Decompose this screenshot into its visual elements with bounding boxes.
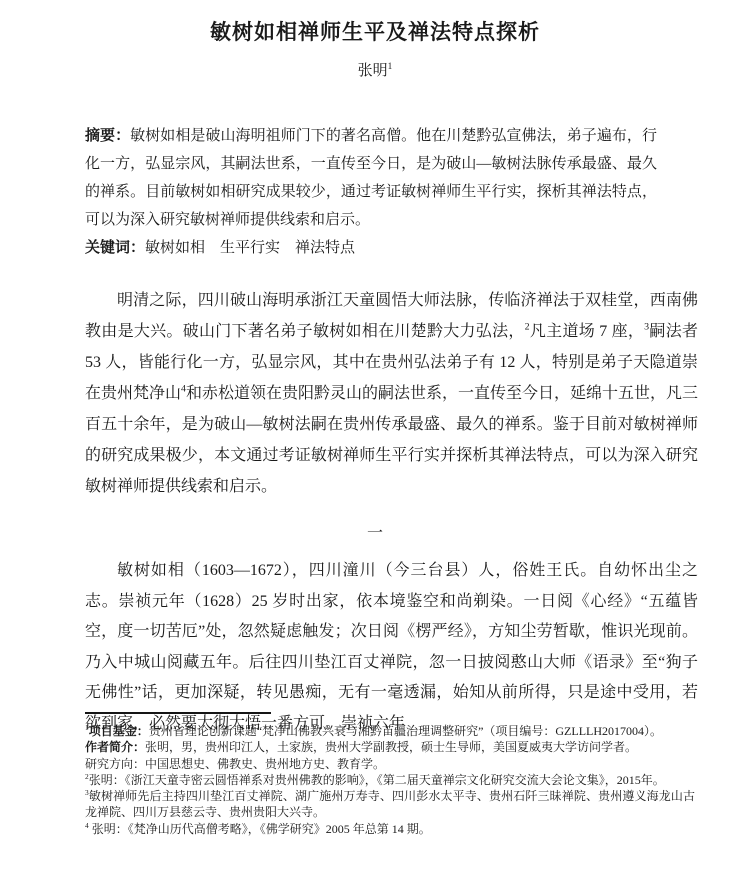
keywords-line: 关键词：敏树如相 生平行实 禅法特点 — [85, 234, 657, 262]
paper-header: 敏树如相禅师生平及禅法特点探析 张明1 — [0, 0, 750, 80]
paper-title: 敏树如相禅师生平及禅法特点探析 — [0, 16, 750, 46]
footnote-item: 作者简介：张明，男，贵州印江人，土家族，贵州大学副教授，硕士生导师，美国夏威夷大… — [85, 739, 695, 755]
section-heading-1: 一 — [0, 518, 750, 549]
abstract-block: 摘要：敏树如相是破山海明祖师门下的著名高僧。他在川楚黔弘宣佛法，弟子遍布，行化一… — [85, 122, 698, 262]
keywords-label: 关键词： — [85, 240, 145, 256]
footnote-item: 4 张明：《梵净山历代高僧考略》，《佛学研究》2005 年总第 14 期。 — [85, 821, 695, 837]
footnote-item: 3敏树禅师先后主持四川垫江百丈禅院、湖广施州万寿寺、四川彭水太平寺、贵州石阡三昧… — [85, 788, 695, 821]
footnotes-block: 1项目基金：贵州省理论创新课题“梵净山佛教兴衰与湘黔苗疆治理调整研究”（项目编号… — [85, 712, 695, 837]
paragraph-1: 明清之际，四川破山海明承浙江天童圆悟大师法脉，传临济禅法于双桂堂，西南佛教由是大… — [85, 285, 698, 502]
abstract-paragraph: 摘要：敏树如相是破山海明祖师门下的著名高僧。他在川楚黔弘宣佛法，弟子遍布，行化一… — [85, 122, 657, 234]
document-page: 敏树如相禅师生平及禅法特点探析 张明1 摘要：敏树如相是破山海明祖师门下的著名高… — [0, 0, 750, 872]
author-name: 张明1 — [0, 59, 750, 80]
abstract-label: 摘要： — [85, 128, 130, 144]
footnote-separator — [85, 712, 271, 714]
abstract-text: 敏树如相是破山海明祖师门下的著名高僧。他在川楚黔弘宣佛法，弟子遍布，行化一方，弘… — [85, 128, 657, 228]
footnote-item: 研究方向：中国思想史、佛教史、贵州地方史、教育学。 — [85, 756, 695, 772]
footnote-item: 1项目基金：贵州省理论创新课题“梵净山佛教兴衰与湘黔苗疆治理调整研究”（项目编号… — [85, 723, 695, 739]
footnote-item: 2张明：《浙江天童寺密云圆悟禅系对贵州佛教的影响》，《第二届天童禅宗文化研究交流… — [85, 772, 695, 788]
body-text: 明清之际，四川破山海明承浙江天童圆悟大师法脉，传临济禅法于双桂堂，西南佛教由是大… — [85, 285, 698, 739]
keywords-text: 敏树如相 生平行实 禅法特点 — [145, 240, 355, 256]
page-content: 摘要：敏树如相是破山海明祖师门下的著名高僧。他在川楚黔弘宣佛法，弟子遍布，行化一… — [85, 122, 698, 739]
